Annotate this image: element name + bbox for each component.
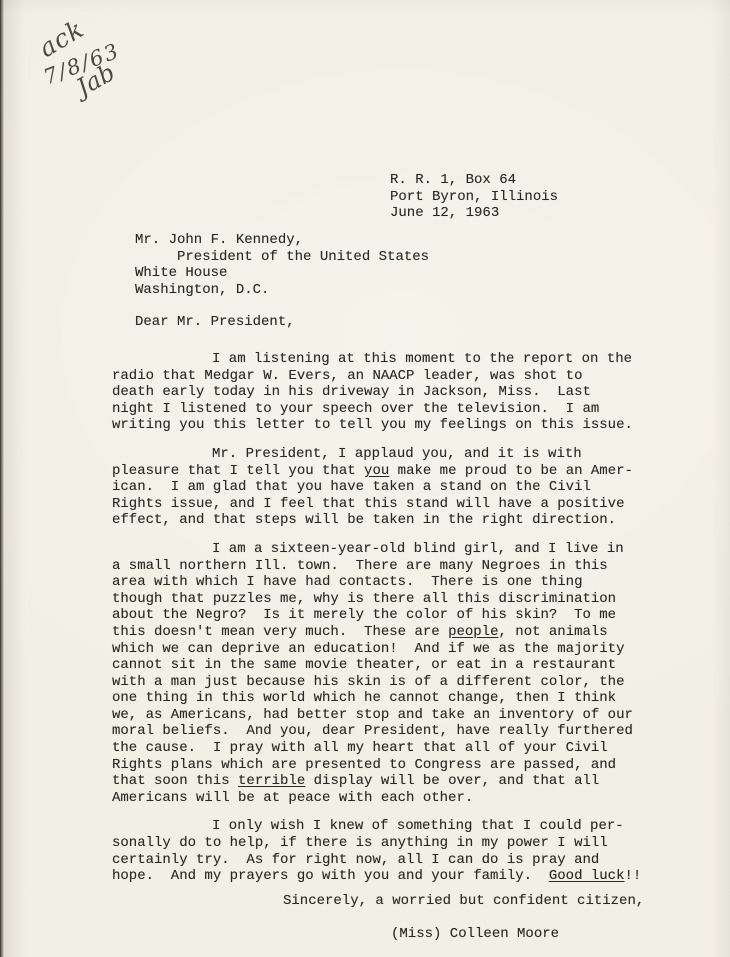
text-segment: death early today in his driveway in Jac… — [112, 384, 591, 400]
text-segment: which we can deprive an education! And i… — [112, 641, 624, 657]
text-segment: that soon this — [112, 773, 238, 789]
text-segment: this doesn't mean very much. These are — [112, 624, 448, 640]
text-segment: display will be over, and that all — [305, 773, 599, 789]
text-segment: radio that Medgar W. Evers, an NAACP lea… — [112, 368, 582, 384]
letter-line: which we can deprive an education! And i… — [112, 641, 657, 658]
underlined-text: people — [448, 624, 498, 640]
letter-line: that soon this terrible display will be … — [112, 773, 657, 790]
letter-line: White House — [135, 265, 429, 282]
letter-line: Mr. President, I applaud you, and it is … — [112, 446, 657, 463]
text-segment: , not animals — [498, 624, 607, 640]
text-segment: the cause. I pray with all my heart that… — [112, 740, 608, 756]
text-segment: though that puzzles me, why is there all… — [112, 591, 616, 607]
text-segment: make me proud to be an Amer- — [389, 463, 633, 479]
letter-line: ican. I am glad that you have taken a st… — [112, 479, 657, 496]
letter-line: effect, and that steps will be taken in … — [112, 512, 657, 529]
letter-line: sonally do to help, if there is anything… — [112, 835, 657, 852]
letter-line: moral beliefs. And you, dear President, … — [112, 723, 657, 740]
letter-line: radio that Medgar W. Evers, an NAACP lea… — [112, 368, 657, 385]
letter-line: hope. And my prayers go with you and you… — [112, 868, 657, 885]
letter-line: about the Negro? Is it merely the color … — [112, 607, 657, 624]
text-segment: ican. I am glad that you have taken a st… — [112, 479, 591, 495]
text-segment: cannot sit in the same movie theater, or… — [112, 657, 616, 673]
underlined-text: terrible — [238, 773, 305, 789]
letter-line: I am a sixteen-year-old blind girl, and … — [112, 541, 657, 558]
letter-line: Rights issue, and I feel that this stand… — [112, 496, 657, 513]
handwritten-annotation: ack 7/8/63 Jab — [10, 6, 140, 116]
text-segment: night I listened to your speech over the… — [112, 401, 599, 417]
paragraph: I am a sixteen-year-old blind girl, and … — [112, 541, 657, 807]
letter-page: ack 7/8/63 Jab R. R. 1, Box 64Port Byron… — [0, 0, 730, 957]
letter-line: writing you this letter to tell you my f… — [112, 417, 657, 434]
text-segment: !! — [625, 868, 642, 884]
letter-line: though that puzzles me, why is there all… — [112, 591, 657, 608]
paragraph: I only wish I knew of something that I c… — [112, 818, 657, 884]
text-segment: Rights issue, and I feel that this stand… — [112, 496, 624, 512]
letter-line: Rights plans which are presented to Cong… — [112, 757, 657, 774]
letter-line: cannot sit in the same movie theater, or… — [112, 657, 657, 674]
letter-line: I am listening at this moment to the rep… — [112, 351, 657, 368]
text-segment: a small northern Ill. town. There are ma… — [112, 558, 608, 574]
letter-line: this doesn't mean very much. These are p… — [112, 624, 657, 641]
letter-line: pleasure that I tell you that you make m… — [112, 463, 657, 480]
text-segment: sonally do to help, if there is anything… — [112, 835, 608, 851]
letter-line: a small northern Ill. town. There are ma… — [112, 558, 657, 575]
sender-address-block: R. R. 1, Box 64Port Byron, IllinoisJune … — [390, 172, 558, 222]
letter-line: death early today in his driveway in Jac… — [112, 384, 657, 401]
letter-line: I only wish I knew of something that I c… — [112, 818, 657, 835]
text-segment: I am a sixteen-year-old blind girl, and … — [212, 541, 624, 557]
text-segment: about the Negro? Is it merely the color … — [112, 607, 616, 623]
text-segment: hope. And my prayers go with you and you… — [112, 868, 549, 884]
text-segment: effect, and that steps will be taken in … — [112, 512, 616, 528]
paragraph: I am listening at this moment to the rep… — [112, 351, 657, 434]
text-segment: we, as Americans, had better stop and ta… — [112, 707, 633, 723]
closing-line: Sincerely, a worried but confident citiz… — [283, 893, 644, 910]
signature-name: (Miss) Colleen Moore — [391, 926, 559, 943]
text-segment: pleasure that I tell you that — [112, 463, 364, 479]
underlined-text: you — [364, 463, 389, 479]
text-segment: writing you this letter to tell you my f… — [112, 417, 633, 433]
letter-line: with a man just because his skin is of a… — [112, 674, 657, 691]
letter-line: Port Byron, Illinois — [390, 189, 558, 206]
salutation: Dear Mr. President, — [135, 314, 295, 331]
letter-line: we, as Americans, had better stop and ta… — [112, 707, 657, 724]
text-segment: one thing in this world which he cannot … — [112, 690, 616, 706]
text-segment: Americans will be at peace with each oth… — [112, 790, 473, 806]
text-segment: I only wish I knew of something that I c… — [212, 818, 624, 834]
recipient-address-block: Mr. John F. Kennedy, President of the Un… — [135, 232, 429, 298]
text-segment: moral beliefs. And you, dear President, … — [112, 723, 633, 739]
letter-line: R. R. 1, Box 64 — [390, 172, 558, 189]
letter-line: Americans will be at peace with each oth… — [112, 790, 657, 807]
text-segment: area with which I have had contacts. The… — [112, 574, 582, 590]
letter-line: one thing in this world which he cannot … — [112, 690, 657, 707]
letter-line: June 12, 1963 — [390, 205, 558, 222]
letter-line: Washington, D.C. — [135, 282, 429, 299]
text-segment: Rights plans which are presented to Cong… — [112, 757, 616, 773]
underlined-text: Good luck — [549, 868, 625, 884]
letter-line: Mr. John F. Kennedy, — [135, 232, 429, 249]
paragraph: Mr. President, I applaud you, and it is … — [112, 446, 657, 529]
text-segment: I am listening at this moment to the rep… — [212, 351, 632, 367]
letter-line: area with which I have had contacts. The… — [112, 574, 657, 591]
text-segment: Mr. President, I applaud you, and it is … — [212, 446, 582, 462]
letter-line: certainly try. As for right now, all I c… — [112, 852, 657, 869]
letter-body: I am listening at this moment to the rep… — [112, 351, 657, 897]
letter-line: night I listened to your speech over the… — [112, 401, 657, 418]
letter-line: the cause. I pray with all my heart that… — [112, 740, 657, 757]
letter-line: President of the United States — [135, 249, 429, 266]
text-segment: with a man just because his skin is of a… — [112, 674, 624, 690]
text-segment: certainly try. As for right now, all I c… — [112, 852, 599, 868]
